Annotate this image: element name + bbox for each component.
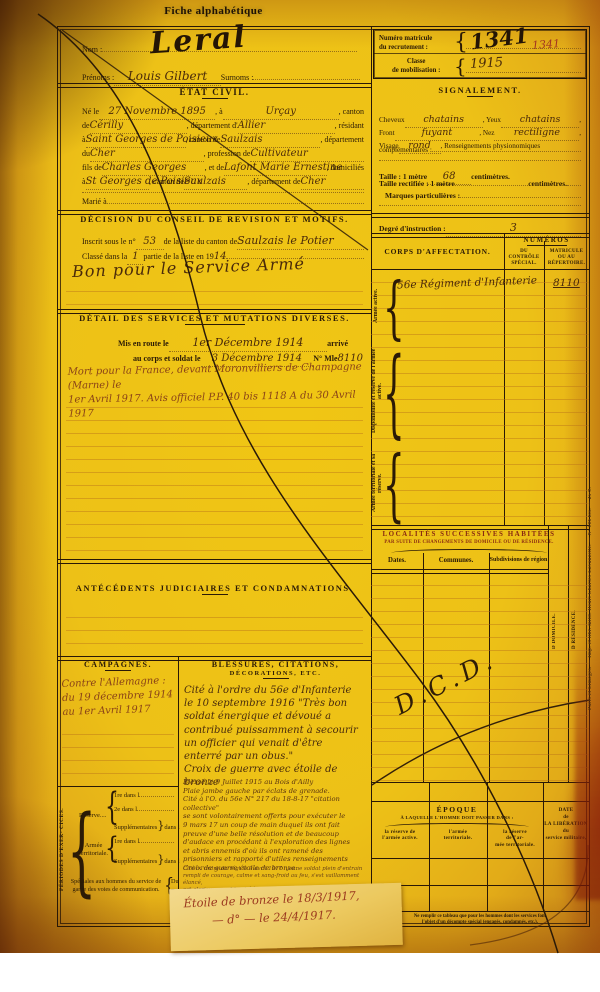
services-title-text: DÉTAIL DES SERVICES ET MUTATIONS DIVERSE… [79, 313, 350, 323]
reserve-label: Réserve.... [79, 812, 106, 819]
terr-supplementaires: Supplémentaires [114, 858, 157, 865]
departement-label: , département de [247, 177, 300, 186]
terr-1re: 1re dans l [114, 838, 139, 845]
campagnes-title-text: CAMPAGNES. [84, 660, 152, 669]
writing-line [82, 192, 364, 193]
citation-1916: Cité à l'ordre du 56e d'Infanterie le 10… [184, 684, 370, 790]
supp-brace: } [157, 854, 164, 865]
title-underline [467, 96, 493, 97]
title-underline [105, 670, 131, 671]
title-underline [202, 594, 228, 595]
writing-line [253, 79, 360, 80]
group-armee-active: Armée active. [373, 273, 381, 339]
printer-imprint: Paris et Limoges. — Imp. et libr. milit.… [588, 290, 593, 710]
blessures-title-2: DÉCORATIONS, ETC. [179, 670, 372, 679]
writing-line [432, 151, 581, 152]
writing-line [137, 810, 174, 811]
title-underline [263, 678, 289, 679]
surnoms-label: Surnoms : [221, 73, 254, 82]
complementaires-label-2: complémentaires : [379, 146, 432, 154]
inscrit-label: Inscrit sous le n° [82, 237, 136, 246]
matricule-label: Numéro matricule du recrutement : [379, 35, 432, 52]
group-disponibilite: Disponibilité et réserve de l'armée acti… [371, 345, 383, 437]
campagnes-title: CAMPAGNES. [58, 660, 178, 671]
taille-rectifiee-label: Taille rectifiée : 1 mètre [379, 179, 455, 188]
blank-ruled-area [66, 605, 363, 653]
arrive-label: arrivé [327, 339, 348, 348]
col-subdivisions: Subdivisions de région [489, 557, 548, 563]
localites-title: LOCALITÉS SUCCESSIVES HABITÉES [371, 530, 567, 538]
writing-line [379, 205, 581, 206]
canton-parents: Saulzais [184, 176, 226, 187]
marques-row: Marques particulières : [385, 191, 581, 200]
blessures-title-2-text: DÉCORATIONS, ETC. [230, 670, 322, 677]
marie-row: Marié à [82, 197, 364, 206]
writing-line [107, 203, 364, 204]
canton-label: , canton de [149, 177, 184, 186]
taille-rectifiee-unit: centimètres. [528, 179, 567, 188]
reserve-supplementaires: Supplémentaires [114, 824, 157, 831]
blank-ruled-area [66, 395, 363, 557]
fiche-card: Nom : Leral Prénoms : Louis Gilbert Surn… [57, 26, 590, 927]
writing-line [139, 796, 174, 797]
etat-civil-title: ÉTAT CIVIL. [58, 87, 371, 99]
periodes-section: PÉRIODES D'EXER- CICES. { Réserve.... { … [58, 786, 178, 926]
reserve-1re: 1re dans l [114, 792, 139, 799]
slip-line-2: — d° — le 24/4/1917. [212, 908, 336, 928]
blank-ruled-area [66, 279, 363, 307]
writing-line [455, 185, 529, 186]
supp-brace: } [157, 820, 164, 831]
prenoms-label: Prénoms : [82, 73, 114, 82]
route-label: Mis en route le [118, 339, 169, 348]
signalement-title-text: SIGNALEMENT. [438, 85, 521, 95]
matricule-value: 1341 [469, 23, 530, 55]
writing-line [379, 160, 581, 161]
numeros-title-text: NUMÉROS [523, 236, 569, 244]
taille-rectifiee-row: Taille rectifiée : 1 mètre centimètres. [379, 179, 581, 188]
etat-civil-line6: à St Georges de Poisieux , canton de Sau… [82, 171, 364, 190]
col-communes: Communes. [423, 557, 489, 564]
writing-line [466, 72, 581, 73]
group-brace: { [383, 447, 405, 525]
classe-brace: { [454, 56, 467, 76]
marques-label: Marques particulières : [385, 191, 460, 200]
signalement-title: SIGNALEMENT. [371, 85, 589, 97]
matricule-box: Numéro matricule du recrutement : { 1341… [373, 29, 587, 79]
antecedents-title: ANTÉCÉDENTS JUDICIAIRES ET CONDAMNATIONS… [58, 583, 371, 595]
decision-title: DÉCISION DU CONSEIL DE REVISION ET MOTIF… [58, 214, 371, 224]
col-matricule-header: MATRICULE OU AU RÉPERTOIRE. [545, 249, 588, 267]
epoque-col-3: la réserve de l'ar- mée territoriale. [488, 830, 542, 849]
services-title: DÉTAIL DES SERVICES ET MUTATIONS DIVERSE… [58, 313, 371, 325]
campagnes-section: CAMPAGNES. Contre l'Allemagne : du 19 dé… [58, 656, 178, 786]
etat-civil-title-text: ÉTAT CIVIL. [179, 87, 249, 97]
regiment-matricule: 8110 [553, 277, 580, 289]
writing-line [567, 185, 581, 186]
writing-line [466, 48, 581, 49]
over-brace [385, 823, 529, 827]
epoque-title: ÉPOQUE [371, 805, 543, 814]
territoriale-label: Armée territoriale. [79, 842, 108, 858]
corps-label: au corps et soldat le [133, 354, 201, 363]
complementaires-row: complémentaires : [379, 146, 581, 154]
epoque-subtitle: À LAQUELLE L'HOMME DOIT PASSER DANS : [371, 815, 543, 820]
reserve-2e: 2e dans l [114, 806, 137, 813]
attached-paper-slip: Étoile de bronze le 18/3/1917, — d° — le… [169, 883, 403, 951]
classe-mobilisation-label: Classe de mobilisation : [392, 58, 440, 75]
dept-parents: Cher [301, 176, 326, 187]
matricule-brace: { [454, 32, 468, 54]
group-brace: { [383, 347, 405, 442]
page-title: Fiche alphabétique [57, 5, 370, 17]
title-underline [527, 245, 567, 246]
degre-label: Degré d'instruction : [379, 224, 446, 233]
epoque-col-1: la réserve de l'armée active. [372, 830, 428, 843]
writing-line [139, 842, 174, 843]
matricule-row-divider [374, 53, 586, 54]
citation-collective: Blessé le 9 Juillet 1915 au Bois d'Ailly… [183, 778, 371, 873]
speciales-label: Spéciales aux hommes du service de garde… [66, 878, 166, 894]
section-divider [58, 559, 371, 564]
epoque-col-2: l'armée territoriale. [430, 830, 486, 843]
numeros-title: NUMÉROS [504, 236, 589, 246]
corps-affectation-table: CORPS D'AFFECTATION. NUMÉROS DU CONTRÔLE… [371, 233, 589, 525]
over-brace [391, 549, 547, 553]
campagnes-note: Contre l'Allemagne : du 19 décembre 1914… [61, 674, 176, 720]
blessures-title-1: BLESSURES, CITATIONS, [179, 660, 372, 669]
localites-subtitle: PAR SUITE DE CHANGEMENTS DE DOMICILE OU … [371, 540, 567, 545]
classe-value: 1915 [470, 55, 504, 72]
corps-title: CORPS D'AFFECTATION. [371, 247, 504, 256]
liste-label: de la liste du canton de [164, 237, 238, 246]
col-controle-header: DU CONTRÔLE SPÉCIAL. [505, 249, 543, 267]
marie-label: Marié à [82, 197, 107, 206]
nom-label: Nom : [82, 45, 102, 54]
matricule-value-red: 1341 [532, 37, 561, 52]
title-underline [202, 98, 228, 99]
antecedents-title-text: ANTÉCÉDENTS JUDICIAIRES ET CONDAMNATIONS… [76, 583, 354, 593]
group-territoriale: Armée territoriale et sa réserve. [371, 445, 383, 521]
prenoms-value: Louis Gilbert [128, 69, 207, 83]
blank-ruled-area [62, 722, 174, 782]
title-underline [185, 324, 245, 325]
nom-signature: Leral [149, 20, 248, 62]
col-dates: Dates. [371, 557, 423, 564]
section-divider [371, 213, 589, 218]
writing-line [460, 197, 581, 198]
